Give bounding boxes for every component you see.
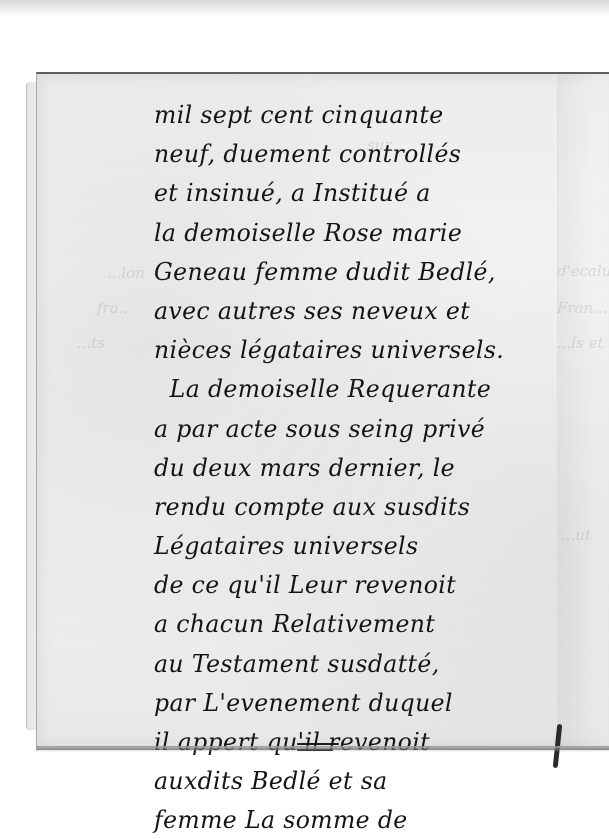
text-line: a par acte sous seing privé: [154, 410, 556, 449]
bleed-through-text: ...ts: [77, 334, 105, 352]
text-line: neuf, duement controllés: [154, 135, 556, 174]
text-line: mil sept cent cinquante: [154, 96, 556, 135]
bleed-through-text: ...lon: [107, 264, 145, 282]
bleed-through-text: Fran... a: [557, 299, 609, 317]
text-line: il appert qu'il revenoit: [154, 723, 556, 762]
bleed-through-text: ...ls et a: [557, 334, 609, 352]
text-line: auxdits Bedlé et sa: [154, 762, 556, 801]
text-line: de ce qu'il Leur revenoit: [154, 566, 556, 605]
scan-shadow: [0, 0, 609, 16]
text-line: avec autres ses neveux et: [154, 292, 556, 331]
text-line: du deux mars dernier, le: [154, 449, 556, 488]
page-bottom-edge: [36, 746, 609, 752]
text-line: par L'evenement duquel: [154, 684, 556, 723]
text-line: Geneau femme dudit Bedlé,: [154, 253, 556, 292]
bleed-through-text: ...ut: [561, 526, 591, 544]
text-line: femme La somme de: [154, 801, 556, 839]
paper-fold: [557, 74, 609, 748]
text-line: nièces légataires universels.: [154, 331, 556, 370]
text-line: rendu compte aux susdits: [154, 488, 556, 527]
text-line: au Testament susdatté,: [154, 645, 556, 684]
bleed-through-text: d'ecalud: [557, 262, 609, 280]
text-line: La demoiselle Requerante: [154, 370, 556, 409]
text-line: et insinué, a Institué a: [154, 174, 556, 213]
text-line: la demoiselle Rose marie: [154, 214, 556, 253]
text-line: Légataires universels: [154, 527, 556, 566]
text-line: a chacun Relativement: [154, 605, 556, 644]
handwritten-text: mil sept cent cinquante neuf, duement co…: [154, 96, 564, 839]
bleed-through-text: fra...: [97, 299, 133, 317]
